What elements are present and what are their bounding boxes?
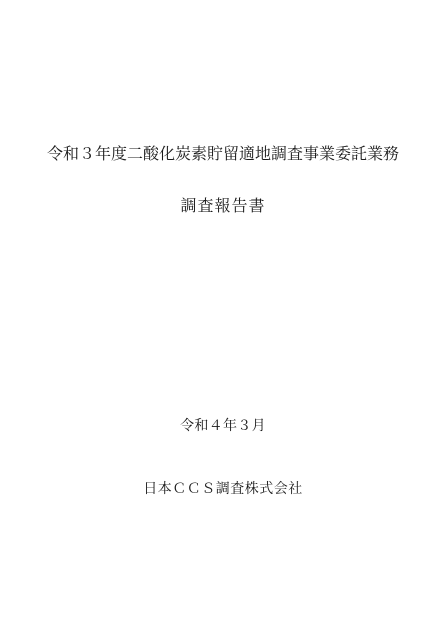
report-subtitle: 調査報告書 <box>0 193 446 216</box>
report-title: 令和３年度二酸化炭素貯留適地調査事業委託業務 <box>0 141 446 164</box>
report-cover-page: 令和３年度二酸化炭素貯留適地調査事業委託業務 調査報告書 令和４年３月 日本ＣＣ… <box>0 0 446 630</box>
report-date: 令和４年３月 <box>0 415 446 435</box>
report-organization: 日本ＣＣＳ調査株式会社 <box>0 478 446 498</box>
